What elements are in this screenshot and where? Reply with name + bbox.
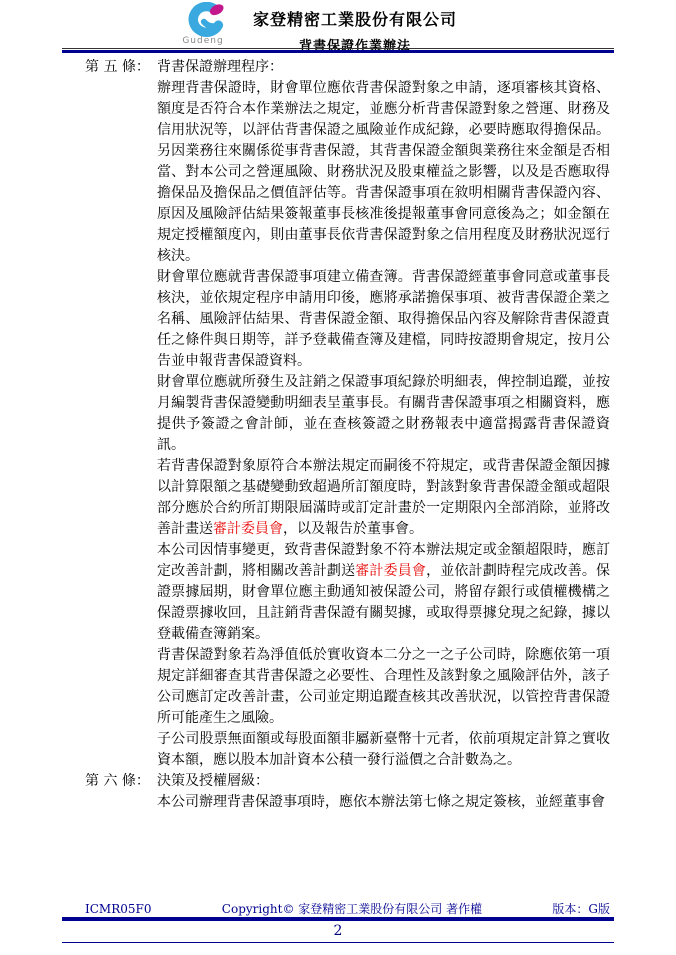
article-5-paragraph-5: 本公司因情事變更，致背書保證對象不符本辦法規定或金額超限時，應訂定改善計劃，將相… <box>157 540 610 645</box>
company-name: 家登精密工業股份有限公司 <box>243 7 467 30</box>
document-page: Gudeng 家登精密工業股份有限公司 背書保證作業辦法 第 五 條： 背書保證… <box>0 0 676 955</box>
gudeng-logo: Gudeng <box>170 2 236 46</box>
footer: ICMR05F0 Copyright© 家登精密工業股份有限公司 著作權 版本：… <box>85 900 610 917</box>
header-titles: 家登精密工業股份有限公司 背書保證作業辦法 <box>243 7 467 54</box>
footer-divider <box>62 917 614 921</box>
copyright-notice: Copyright© 家登精密工業股份有限公司 著作權 <box>151 900 552 917</box>
article-6: 第 六 條： 決策及授權層級： 本公司辦理背書保證事項時，應依本辦法第七條之規定… <box>85 771 610 813</box>
article-6-body: 決策及授權層級： 本公司辦理背書保證事項時，應依本辦法第七條之規定簽核，並經董事… <box>157 771 610 813</box>
page-number: 2 <box>0 923 676 939</box>
document-code: ICMR05F0 <box>85 902 151 916</box>
article-6-heading: 決策及授權層級： <box>157 771 610 792</box>
article-6-label: 第 六 條： <box>85 771 157 792</box>
article-5: 第 五 條： 背書保證辦理程序： 辦理背書保證時，財會單位應依背書保證對象之申請… <box>85 57 610 771</box>
gudeng-logo-icon <box>170 2 236 38</box>
audit-committee-highlight-1: 審計委員會 <box>213 521 283 537</box>
article-5-paragraph-4: 若背書保證對象原符合本辦法規定而嗣後不符規定，或背書保證金額因據以計算限額之基礎… <box>157 456 610 540</box>
article-6-paragraph-1: 本公司辦理背書保證事項時，應依本辦法第七條之規定簽核，並經董事會 <box>157 792 610 813</box>
bottom-divider <box>62 942 614 943</box>
article-5-paragraph-3: 財會單位應就所發生及註銷之保證事項紀錄於明細表，俾控制追蹤，並按月編製背書保證變… <box>157 372 610 456</box>
article-5-paragraph-7: 子公司股票無面額或每股面額非屬新臺幣十元者，依前項規定計算之實收資本額，應以股本… <box>157 729 610 771</box>
article-5-body: 背書保證辦理程序： 辦理背書保證時，財會單位應依背書保證對象之申請，逐項審核其資… <box>157 57 610 771</box>
header-divider <box>62 48 614 53</box>
version-label: 版本：G版 <box>552 900 610 917</box>
document-body: 第 五 條： 背書保證辦理程序： 辦理背書保證時，財會單位應依背書保證對象之申請… <box>85 57 610 813</box>
audit-committee-highlight-2: 審計委員會 <box>355 563 426 579</box>
logo-wordmark: Gudeng <box>170 36 236 46</box>
article-5-heading: 背書保證辦理程序： <box>157 57 610 78</box>
article-5-paragraph-2: 財會單位應就背書保證事項建立備查簿。背書保證經董事會同意或董事長核決，並依規定程… <box>157 267 610 372</box>
article-5-paragraph-6: 背書保證對象若為淨值低於實收資本二分之一之子公司時，除應依第一項規定詳細審查其背… <box>157 645 610 729</box>
article-5-paragraph-1: 辦理背書保證時，財會單位應依背書保證對象之申請，逐項審核其資格、額度是否符合本作… <box>157 78 610 267</box>
paragraph-4-text-after: ，以及報告於董事會。 <box>283 521 423 537</box>
article-5-label: 第 五 條： <box>85 57 157 78</box>
